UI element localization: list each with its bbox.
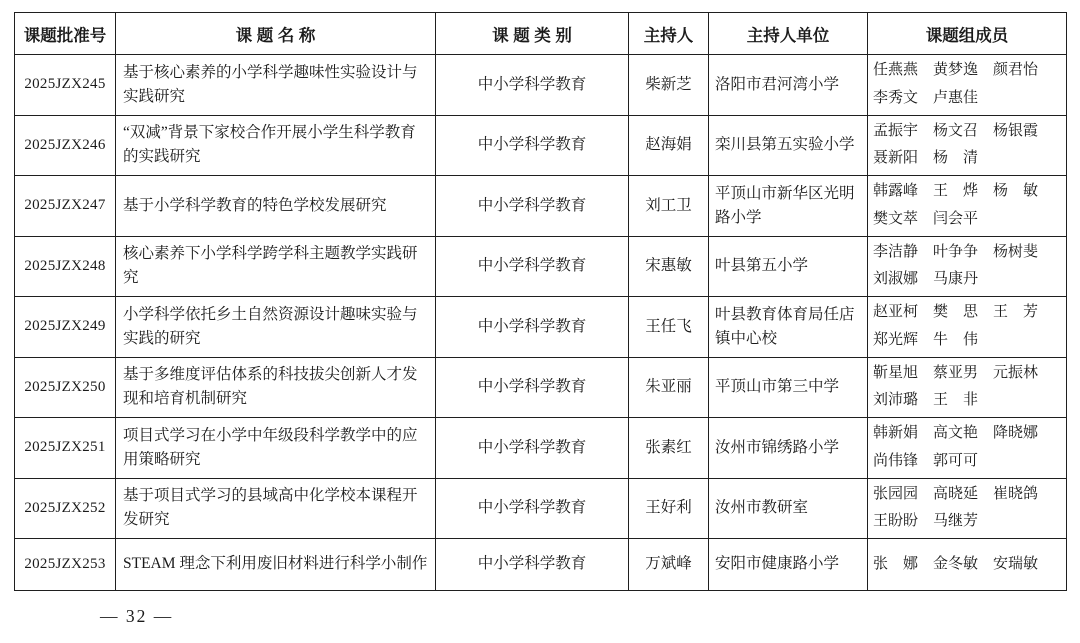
team-members-cell: 李洁静 叶争争 杨树斐 刘淑娜 马康丹 xyxy=(868,236,1067,297)
col-header-team-members: 课题组成员 xyxy=(868,13,1067,55)
table-row: 2025JZX248 核心素养下小学科学跨学科主题教学实践研究 中小学科学教育 … xyxy=(15,236,1067,297)
table-row: 2025JZX252 基于项目式学习的县域高中化学校本课程开发研究 中小学科学教… xyxy=(15,478,1067,539)
project-title-cell: 项目式学习在小学中年级段科学教学中的应用策略研究 xyxy=(116,418,436,479)
document-page: 课题批准号 课 题 名 称 课 题 类 别 主持人 主持人单位 课题组成员 20… xyxy=(0,0,1080,643)
leader-cell: 朱亚丽 xyxy=(629,357,709,418)
team-members-cell: 孟振宇 杨文召 杨银霞 聂新阳 杨 清 xyxy=(868,115,1067,176)
leader-unit-cell: 栾川县第五实验小学 xyxy=(709,115,868,176)
project-category-cell: 中小学科学教育 xyxy=(436,115,629,176)
table-row: 2025JZX246 “双减”背景下家校合作开展小学生科学教育的实践研究 中小学… xyxy=(15,115,1067,176)
approval-number-cell: 2025JZX245 xyxy=(15,55,116,116)
leader-cell: 王好利 xyxy=(629,478,709,539)
project-title-cell: 基于项目式学习的县域高中化学校本课程开发研究 xyxy=(116,478,436,539)
project-title-cell: 基于小学科学教育的特色学校发展研究 xyxy=(116,176,436,237)
project-category-cell: 中小学科学教育 xyxy=(436,418,629,479)
approval-number-cell: 2025JZX251 xyxy=(15,418,116,479)
col-header-leader-unit: 主持人单位 xyxy=(709,13,868,55)
col-header-leader: 主持人 xyxy=(629,13,709,55)
leader-cell: 刘工卫 xyxy=(629,176,709,237)
project-category-cell: 中小学科学教育 xyxy=(436,357,629,418)
project-category-cell: 中小学科学教育 xyxy=(436,55,629,116)
approval-number-cell: 2025JZX250 xyxy=(15,357,116,418)
page-number: — 32 — xyxy=(100,606,1066,627)
team-members-cell: 韩露峰 王 烨 杨 敏 樊文萃 闫会平 xyxy=(868,176,1067,237)
leader-cell: 王任飞 xyxy=(629,297,709,358)
leader-unit-cell: 洛阳市君河湾小学 xyxy=(709,55,868,116)
project-category-cell: 中小学科学教育 xyxy=(436,236,629,297)
project-category-cell: 中小学科学教育 xyxy=(436,297,629,358)
table-row: 2025JZX251 项目式学习在小学中年级段科学教学中的应用策略研究 中小学科… xyxy=(15,418,1067,479)
approval-number-cell: 2025JZX252 xyxy=(15,478,116,539)
project-title-cell: STEAM 理念下利用废旧材料进行科学小制作 xyxy=(116,539,436,591)
leader-unit-cell: 汝州市锦绣路小学 xyxy=(709,418,868,479)
approval-number-cell: 2025JZX253 xyxy=(15,539,116,591)
col-header-project-title: 课 题 名 称 xyxy=(116,13,436,55)
project-title-cell: 小学科学依托乡土自然资源设计趣味实验与实践的研究 xyxy=(116,297,436,358)
project-approval-table: 课题批准号 课 题 名 称 课 题 类 别 主持人 主持人单位 课题组成员 20… xyxy=(14,12,1067,591)
table-row: 2025JZX253 STEAM 理念下利用废旧材料进行科学小制作 中小学科学教… xyxy=(15,539,1067,591)
team-members-cell: 任燕燕 黄梦逸 颜君怡 李秀文 卢惠佳 xyxy=(868,55,1067,116)
team-members-cell: 张 娜 金冬敏 安瑞敏 xyxy=(868,539,1067,591)
team-members-cell: 靳星旭 蔡亚男 元振林 刘沛璐 王 非 xyxy=(868,357,1067,418)
leader-unit-cell: 平顶山市新华区光明路小学 xyxy=(709,176,868,237)
project-category-cell: 中小学科学教育 xyxy=(436,176,629,237)
col-header-approval-number: 课题批准号 xyxy=(15,13,116,55)
team-members-cell: 张园园 高晓延 崔晓鸽 王盼盼 马继芳 xyxy=(868,478,1067,539)
leader-cell: 柴新芝 xyxy=(629,55,709,116)
table-row: 2025JZX250 基于多维度评估体系的科技拔尖创新人才发现和培育机制研究 中… xyxy=(15,357,1067,418)
project-category-cell: 中小学科学教育 xyxy=(436,478,629,539)
team-members-cell: 韩新娟 高文艳 降晓娜 尚伟锋 郭可可 xyxy=(868,418,1067,479)
table-row: 2025JZX247 基于小学科学教育的特色学校发展研究 中小学科学教育 刘工卫… xyxy=(15,176,1067,237)
leader-unit-cell: 叶县第五小学 xyxy=(709,236,868,297)
leader-unit-cell: 叶县教育体育局任店镇中心校 xyxy=(709,297,868,358)
table-row: 2025JZX249 小学科学依托乡土自然资源设计趣味实验与实践的研究 中小学科… xyxy=(15,297,1067,358)
approval-number-cell: 2025JZX248 xyxy=(15,236,116,297)
leader-cell: 万斌峰 xyxy=(629,539,709,591)
team-members-cell: 赵亚柯 樊 思 王 芳 郑光辉 牛 伟 xyxy=(868,297,1067,358)
approval-number-cell: 2025JZX249 xyxy=(15,297,116,358)
leader-unit-cell: 安阳市健康路小学 xyxy=(709,539,868,591)
leader-cell: 宋惠敏 xyxy=(629,236,709,297)
project-title-cell: 核心素养下小学科学跨学科主题教学实践研究 xyxy=(116,236,436,297)
leader-cell: 张素红 xyxy=(629,418,709,479)
leader-cell: 赵海娟 xyxy=(629,115,709,176)
table-header-row: 课题批准号 课 题 名 称 课 题 类 别 主持人 主持人单位 课题组成员 xyxy=(15,13,1067,55)
table-row: 2025JZX245 基于核心素养的小学科学趣味性实验设计与实践研究 中小学科学… xyxy=(15,55,1067,116)
col-header-project-category: 课 题 类 别 xyxy=(436,13,629,55)
project-title-cell: “双减”背景下家校合作开展小学生科学教育的实践研究 xyxy=(116,115,436,176)
project-title-cell: 基于核心素养的小学科学趣味性实验设计与实践研究 xyxy=(116,55,436,116)
project-category-cell: 中小学科学教育 xyxy=(436,539,629,591)
leader-unit-cell: 汝州市教研室 xyxy=(709,478,868,539)
approval-number-cell: 2025JZX247 xyxy=(15,176,116,237)
approval-number-cell: 2025JZX246 xyxy=(15,115,116,176)
project-title-cell: 基于多维度评估体系的科技拔尖创新人才发现和培育机制研究 xyxy=(116,357,436,418)
leader-unit-cell: 平顶山市第三中学 xyxy=(709,357,868,418)
